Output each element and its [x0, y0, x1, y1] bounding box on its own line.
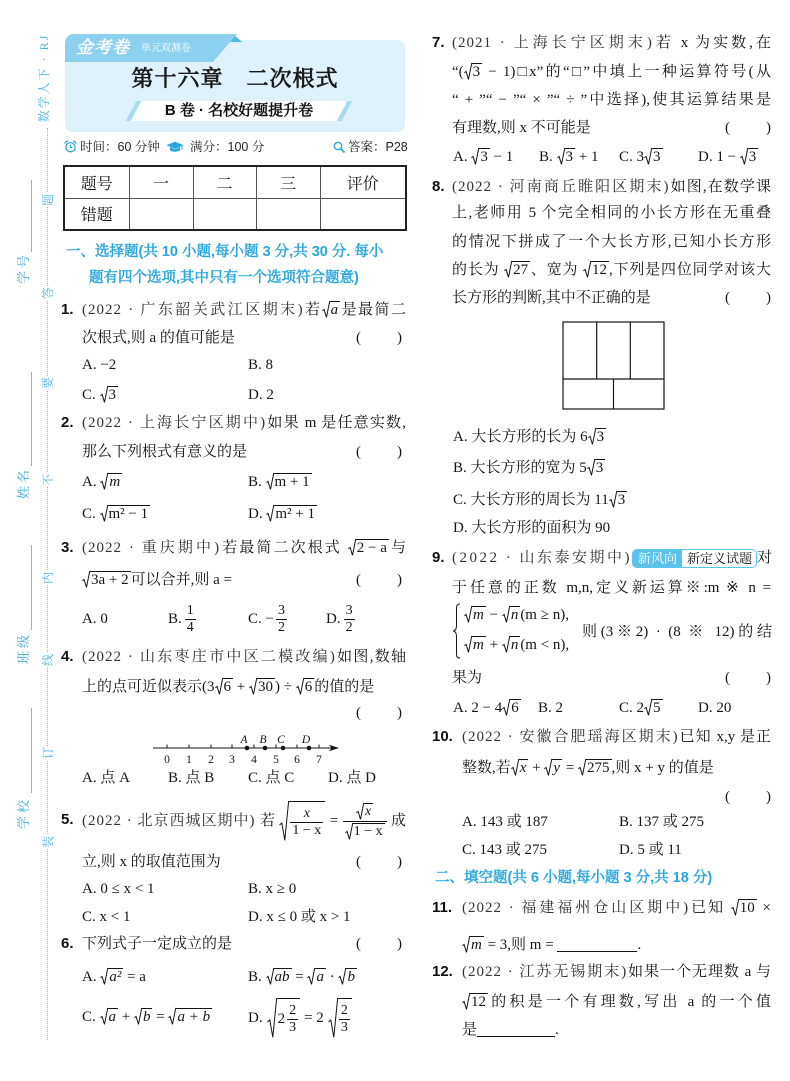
name-line	[31, 372, 32, 466]
whole-part: 2	[278, 1009, 286, 1029]
answer-paren: ()	[356, 442, 402, 462]
stem-text: “(	[452, 64, 464, 80]
radicand: 275	[586, 759, 612, 776]
sqrt-expression: a	[100, 1008, 119, 1025]
sqrt-expression: 3	[588, 428, 607, 445]
question-number: 9.	[432, 548, 445, 568]
time-limit: 时间：60 分钟	[80, 139, 160, 155]
question-number: 6.	[61, 934, 74, 954]
radicand: x	[519, 759, 529, 776]
answer-paren: ()	[725, 118, 771, 138]
option-label: D.	[248, 506, 266, 522]
option-c: C. a + b = a + b	[82, 1007, 212, 1027]
point-label: B	[259, 734, 266, 746]
radical-sign-icon	[345, 823, 353, 840]
tick-label: 7	[316, 754, 322, 766]
option-c: C. 25	[619, 698, 663, 718]
option-c: C. −32	[248, 604, 287, 634]
radicand: 3	[595, 459, 606, 476]
option-a: A. 大长方形的长为 63	[453, 427, 606, 447]
radical-sign-icon	[464, 636, 472, 653]
question-stem-line: 那么下列根式有意义的是	[82, 442, 247, 462]
question-source: (2022 · 山东泰安期中)	[452, 548, 632, 568]
stem-text: 的长为	[452, 262, 504, 278]
radicand: 3	[617, 491, 628, 508]
sqrt-expression: ab	[266, 968, 292, 985]
option-c: C. 143 或 275	[462, 840, 547, 860]
option-d: D. 大长方形的面积为 90	[453, 518, 610, 538]
option-label: C.	[82, 506, 100, 522]
question-source: (2022 · 山东枣庄市中区二模改编)	[82, 649, 336, 665]
radicand: 27	[512, 261, 530, 278]
option-a: A. a² = a	[82, 967, 146, 987]
option-label: B. 大长方形的宽为 5	[453, 460, 587, 476]
numerator: 1	[185, 604, 196, 620]
point-a	[245, 746, 250, 751]
paren-open: (	[356, 852, 361, 872]
operator: +	[486, 637, 502, 653]
stem-text: 与	[389, 540, 406, 556]
question-stem-line: 长方形的判断,其中不正确的是	[452, 288, 651, 308]
radicand: 3	[472, 63, 483, 80]
radicand: 10	[739, 899, 757, 916]
radical-sign-icon	[100, 968, 108, 985]
option-b: B. 2	[538, 698, 563, 718]
stem-text: =	[562, 760, 578, 776]
fraction: x1 − x	[290, 807, 323, 838]
stem-text: 成	[391, 811, 406, 831]
denominator: 2	[344, 620, 355, 635]
option-label: B.	[168, 609, 182, 629]
fraction: x1 − x	[343, 803, 387, 840]
sqrt-expression: x	[356, 803, 373, 820]
sqrt-expression: 3a + 2	[82, 571, 131, 588]
question-source: (2022 · 上海长宁区期中)	[82, 415, 266, 431]
radicand: x	[364, 803, 373, 820]
radical-sign-icon	[644, 148, 652, 165]
question-tag: 新风向新定义试题	[632, 549, 757, 568]
question-number: 4.	[61, 647, 74, 667]
stem-text: 可以合并,则 a =	[131, 572, 232, 588]
radical-sign-icon	[578, 759, 586, 776]
question-stem-line: (2022 · 上海长宁区期中)如果 m 是任意实数,	[82, 413, 406, 433]
stem-text: 如图,数轴	[336, 649, 406, 665]
tag-secondary: 新定义试题	[682, 550, 757, 567]
fraction: 23	[339, 1004, 350, 1035]
question-source: (2021 · 上海长宁区期末)	[452, 35, 653, 51]
radical-sign-icon	[588, 428, 596, 445]
option-label: A. 2 − 4	[453, 700, 502, 716]
sqrt-expression: b	[134, 1008, 153, 1025]
question-stem-line: 上,老师用 5 个完全相同的小长方形在无重叠	[452, 203, 771, 223]
sqrt-expression: m	[464, 606, 486, 623]
radicand: 5	[652, 699, 663, 716]
section-heading-choice: 一、选择题(共 10 小题,每小题 3 分,共 30 分. 每小	[66, 242, 383, 262]
table-header-row: 题号 一 二 三 评价	[64, 166, 406, 198]
stem-text: − 1)□x”的“□”中填上一种运算符号(从	[482, 64, 771, 80]
sqrt-expression: 3	[740, 148, 759, 165]
paren-open: (	[356, 442, 361, 462]
section-heading-fill-in: 二、填空题(共 6 小题,每小题 3 分,共 18 分)	[435, 868, 712, 888]
fraction: 14	[185, 604, 196, 635]
point-d	[307, 746, 312, 751]
option-label: B.	[248, 969, 266, 985]
radical-sign-icon	[644, 699, 652, 716]
sqrt-expression: 6	[215, 678, 234, 695]
radical-sign-icon	[471, 148, 479, 165]
option-d: D.223= 223	[248, 998, 352, 1038]
fraction: 23	[287, 1004, 298, 1035]
option-label: A. 0	[82, 609, 108, 629]
stem-text: .	[555, 1022, 559, 1038]
point-label: D	[301, 734, 311, 746]
stem-text: 如果 m 是任意实数,	[266, 415, 406, 431]
operator: −	[486, 607, 502, 623]
table-cell	[193, 198, 256, 230]
seal-char: 不	[41, 473, 55, 487]
stem-text: 、宽为	[530, 262, 583, 278]
answer-paren: ()	[356, 703, 402, 723]
option-a: A. 0 ≤ x < 1	[82, 879, 155, 899]
paren-close: )	[397, 934, 402, 954]
sqrt-expression: 5	[644, 699, 663, 716]
stem-text: ,则 x + y 的值是	[612, 760, 714, 776]
answer-paren: ()	[725, 288, 771, 308]
option-c: C. 3	[82, 385, 118, 405]
sqrt-expression: 1 − x	[345, 823, 385, 840]
question-source: (2022 · 江苏无锡期末)	[462, 964, 627, 980]
radical-sign-icon	[464, 606, 472, 623]
question-stem-line: 次根式,则 a 的值可能是	[82, 328, 235, 348]
option-label: C. 2	[619, 700, 644, 716]
option-d: D. x ≤ 0 或 x > 1	[248, 907, 351, 927]
paren-open: (	[356, 934, 361, 954]
paren-close: )	[397, 442, 402, 462]
question-stem-line: 则(3※2) · (8 ※ 12)的结	[582, 622, 772, 642]
radical-sign-icon	[266, 968, 274, 985]
question-source: (2022 · 北京西城区期中)	[82, 811, 256, 831]
question-number: 3.	[61, 538, 74, 558]
question-number: 2.	[61, 413, 74, 433]
sqrt-expression: 6	[502, 699, 521, 716]
option-label: A.	[82, 969, 100, 985]
sqrt-expression: a	[322, 301, 341, 318]
stem-text: 若	[304, 302, 322, 318]
table-header-cell: 一	[129, 166, 193, 198]
option-text: =	[292, 969, 308, 985]
radicand: a	[108, 1008, 119, 1025]
radical-sign-icon	[100, 1008, 108, 1025]
radical-sign-icon	[587, 459, 595, 476]
sqrt-expression: 27	[504, 261, 530, 278]
radical-sign-icon	[100, 473, 108, 490]
option-label: D.	[248, 1008, 263, 1028]
option-text: + 1	[575, 149, 598, 165]
radicand: 3a + 2	[90, 571, 131, 588]
radicand: 3	[565, 148, 576, 165]
paren-close: )	[766, 288, 771, 308]
stem-text: +	[528, 760, 544, 776]
paren-open: (	[725, 288, 730, 308]
paren-open: (	[356, 703, 361, 723]
stem-text: 如图,在数学课	[670, 179, 771, 195]
seal-char: 装	[41, 835, 55, 849]
search-icon	[333, 141, 345, 153]
stem-text: = 3,则 m =	[484, 937, 558, 953]
point-b	[263, 746, 268, 751]
option-b: B. x ≥ 0	[248, 879, 296, 899]
radicand: 223	[277, 998, 301, 1038]
sqrt-expression: m² + 1	[266, 505, 317, 522]
option-d: D. 20	[698, 698, 731, 718]
option-label: C. −	[248, 609, 274, 629]
radical-sign-icon	[266, 505, 274, 522]
stem-text: 整数,若	[462, 760, 511, 776]
radical-sign-icon	[307, 968, 315, 985]
point-label: A	[239, 734, 248, 746]
option-b: B. 8	[248, 355, 273, 375]
name-label: 姓名	[17, 466, 31, 500]
sqrt-expression: 3	[644, 148, 663, 165]
school-label: 学校	[17, 796, 31, 830]
radicand: a + b	[176, 1008, 212, 1025]
option-text: = 2	[304, 1008, 324, 1028]
stem-text: ) ÷	[275, 679, 296, 695]
numerator: 3	[276, 604, 287, 620]
student-id-label: 学号	[17, 251, 31, 285]
radical-sign-icon	[100, 505, 108, 522]
radicand: ab	[274, 968, 292, 985]
question-stem-line: 于任意的正数 m,n,定义新运算※:m ※ n =	[452, 578, 771, 598]
sqrt-expression: 2 − a	[348, 539, 389, 556]
radicand: a	[315, 968, 326, 985]
radical-sign-icon	[279, 801, 289, 841]
rectangle-tiling-figure	[562, 321, 666, 411]
question-stem-line: 整数,若x + y = 275,则 x + y 的值是	[462, 758, 714, 778]
radical-sign-icon	[462, 936, 470, 953]
question-number: 7.	[432, 33, 445, 53]
option-label: B.	[248, 474, 266, 490]
option-label: A.	[453, 149, 471, 165]
radical-sign-icon	[134, 1008, 142, 1025]
option-c: C. 大长方形的周长为 113	[453, 490, 627, 510]
sqrt-expression: b	[338, 968, 357, 985]
answer-blank	[557, 936, 637, 952]
radical-sign-icon	[609, 491, 617, 508]
stem-text: 已知 x,y 是正	[679, 729, 771, 745]
option-b: B. 137 或 275	[619, 812, 704, 832]
question-stem-line: (2022 · 山东泰安期中)新风向新定义试题对	[452, 547, 772, 569]
paren-open: (	[725, 118, 730, 138]
sqrt-fraction-expression: 223	[267, 998, 301, 1038]
option-a: A. −2	[82, 355, 116, 375]
question-source: (2022 · 重庆期中)	[82, 540, 220, 556]
radical-sign-icon	[511, 759, 519, 776]
radicand: b	[346, 968, 357, 985]
option-d: D. 2	[248, 385, 274, 405]
option-label: B.	[539, 149, 557, 165]
option-label: A. 大长方形的长为 6	[453, 429, 588, 445]
question-stem-line: (2022 · 重庆期中)若最简二次根式 2 − a与	[82, 538, 406, 558]
option-a: A. m	[82, 472, 122, 492]
radicand: 12	[470, 993, 488, 1010]
option-b: B. 14	[168, 604, 196, 634]
denominator: 4	[185, 620, 196, 635]
radical-sign-icon	[215, 678, 223, 695]
radicand: m² − 1	[108, 505, 151, 522]
question-stem-line: (2022 · 江苏无锡期末)如果一个无理数 a 与	[462, 962, 771, 982]
radicand: 2 − a	[356, 539, 389, 556]
school-line	[31, 708, 32, 793]
paren-open: (	[356, 570, 361, 590]
option-text: − 1	[490, 149, 513, 165]
alarm-clock-icon	[64, 140, 77, 153]
option-text: ·	[326, 969, 339, 985]
fraction: 32	[276, 604, 287, 635]
sqrt-expression: m² − 1	[100, 505, 151, 522]
radicand: 6	[223, 678, 234, 695]
radical-sign-icon	[583, 261, 591, 278]
radical-sign-icon	[266, 473, 274, 490]
brand-subtitle: 单元双测卷	[141, 43, 191, 55]
condition: (m ≥ n),	[520, 607, 569, 623]
seal-char: 线	[41, 653, 55, 667]
sqrt-expression: 12	[583, 261, 609, 278]
sqrt-expression: 3	[557, 148, 576, 165]
radicand: m + 1	[274, 473, 312, 490]
option-b: B. 大长方形的宽为 53	[453, 458, 605, 478]
option-a: A. 0	[82, 604, 108, 634]
option-c: C. m² − 1	[82, 504, 150, 524]
radical-sign-icon	[249, 678, 257, 695]
stem-text: 如果一个无理数 a 与	[627, 964, 771, 980]
radical-sign-icon	[731, 899, 739, 916]
radicand: 6	[304, 678, 315, 695]
tick-label: 1	[186, 754, 192, 766]
sqrt-expression: 30	[249, 678, 275, 695]
stem-text: 上的点可近似表示(3	[82, 679, 215, 695]
option-c: C. 点 C	[248, 768, 294, 788]
full-score: 满分：100 分	[190, 139, 264, 155]
subtitle: B 卷 · 名校好题提升卷	[131, 101, 347, 121]
paren-close: )	[766, 668, 771, 688]
question-stem-line: 上的点可近似表示(36 + 30) ÷ 6的值的是	[82, 677, 374, 697]
question-stem-line: 是.	[462, 1020, 559, 1040]
question-stem-line: 果为	[452, 668, 482, 688]
section-heading-choice-cont: 题有四个选项,其中只有一个选项符合题意)	[89, 268, 359, 288]
option-text: +	[118, 1009, 134, 1025]
radicand: n	[510, 606, 521, 623]
seal-char: 订	[41, 746, 55, 760]
option-label: C.	[82, 1009, 100, 1025]
option-a: A. 3 − 1	[453, 147, 513, 167]
sqrt-expression: 3	[464, 63, 483, 80]
radicand: m	[470, 936, 484, 953]
question-stem-line: (2021 · 上海长宁区期末)若 x 为实数,在	[452, 33, 771, 53]
question-number: 8.	[432, 177, 445, 197]
table-cell	[129, 198, 193, 230]
table-header-cell: 题号	[64, 166, 129, 198]
paren-close: )	[397, 570, 402, 590]
sqrt-expression: n	[502, 636, 521, 653]
stem-text: 若 x 为实数,在	[653, 35, 771, 51]
left-brace-icon	[452, 603, 461, 659]
number-line-figure: 0 1 2 3 4 5 6 7 A B C D	[140, 726, 340, 768]
seal-char: 内	[41, 571, 55, 585]
radicand: m² + 1	[274, 505, 317, 522]
tick-label: 6	[294, 754, 300, 766]
denominator: 3	[339, 1020, 350, 1035]
answer-paren: ()	[356, 328, 402, 348]
radical-sign-icon	[462, 993, 470, 1010]
radical-sign-icon	[322, 301, 330, 318]
option-b: B. ab = a · b	[248, 967, 357, 987]
sqrt-expression: m	[462, 936, 484, 953]
paren-open: (	[356, 328, 361, 348]
sqrt-expression: m	[100, 473, 122, 490]
sqrt-expression: 10	[731, 899, 757, 916]
score-table: 题号 一 二 三 评价 错题	[63, 165, 407, 231]
sqrt-expression: a + b	[168, 1008, 212, 1025]
paren-open: (	[725, 668, 730, 688]
option-d: D. 点 D	[328, 768, 376, 788]
question-number: 1.	[61, 300, 74, 320]
radicand: 1 − x	[353, 823, 385, 840]
answer-paren: ()	[725, 668, 771, 688]
sqrt-expression: x	[511, 759, 529, 776]
sqrt-expression: y	[544, 759, 562, 776]
stem-text: 的值的是	[314, 679, 374, 695]
radicand: m	[472, 606, 486, 623]
table-row: 错题	[64, 198, 406, 230]
denominator: 1 − x	[290, 823, 323, 838]
option-label: C.	[82, 387, 100, 403]
point-c	[281, 746, 286, 751]
answer-reference: 答案：P28	[348, 139, 408, 155]
question-stem-line: “(3 − 1)□x”的“□”中填上一种运算符号(从	[452, 62, 771, 82]
piecewise-case-1: m − n(m ≥ n),	[464, 605, 569, 625]
option-text: =	[152, 1009, 168, 1025]
radicand: a²	[108, 968, 123, 985]
brand-logo: 金考卷	[76, 37, 130, 59]
option-c: C. x < 1	[82, 907, 130, 927]
radical-sign-icon	[356, 803, 364, 820]
numerator: x	[343, 803, 387, 822]
radicand: m	[472, 636, 486, 653]
stem-text: 对	[757, 548, 772, 568]
radicand: 3	[596, 428, 607, 445]
option-d: D. 5 或 11	[619, 840, 682, 860]
stem-text: 若最简二次根式	[220, 540, 348, 556]
question-stem-line: (2022 · 广东韶关武江区期末)若a是最简二	[82, 300, 406, 320]
radicand: 6	[510, 699, 521, 716]
sqrt-expression: 6	[296, 678, 315, 695]
table-cell	[320, 198, 406, 230]
tick-label: 3	[229, 754, 235, 766]
radicand: 3	[652, 148, 663, 165]
answer-paren: ()	[356, 570, 402, 590]
series-label: 数学人下 · RJ	[37, 28, 51, 128]
question-number: 12.	[432, 962, 453, 982]
option-b: B. m + 1	[248, 472, 312, 492]
radical-sign-icon	[328, 998, 338, 1038]
tick-label: 5	[273, 754, 279, 766]
fraction: 32	[344, 604, 355, 635]
radical-sign-icon	[557, 148, 565, 165]
numerator: 2	[287, 1004, 298, 1020]
radical-sign-icon	[100, 386, 108, 403]
sqrt-expression: 3	[587, 459, 606, 476]
